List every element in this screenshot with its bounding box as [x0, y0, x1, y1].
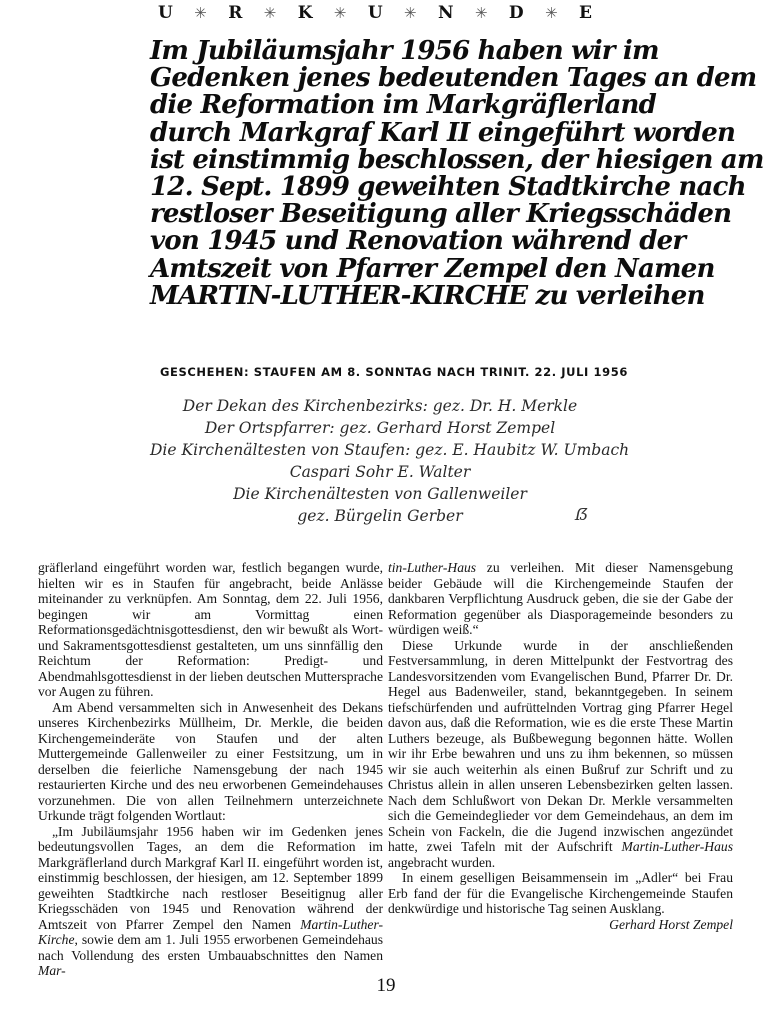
certificate-date-line: GESCHEHEN: STAUFEN AM 8. SONNTAG NACH TR… — [160, 365, 600, 379]
paragraph-quote: „Im Jubiläumsjahr 1956 haben wir im Gede… — [38, 824, 383, 979]
signature-line: Die Kirchenältesten von Staufen: gez. E.… — [150, 439, 610, 461]
paragraph-text: , sowie dem am 1. Juli 1955 erworbenen G… — [38, 932, 383, 963]
certificate-line: Gedenken jenes bedeutenden Tages an dem — [150, 65, 610, 92]
paragraph-text: Diese Urkunde wurde in der anschließende… — [388, 638, 733, 855]
heading-letter: U — [368, 3, 383, 23]
paragraph-text: angebracht wurden. — [388, 855, 495, 870]
document-heading-urkunde: U ✳ R ✳ K ✳ U ✳ N ✳ D ✳ E — [140, 0, 610, 26]
heading-letter: N — [438, 3, 454, 23]
paragraph: tin-Luther-Haus zu verleihen. Mit dieser… — [388, 560, 733, 638]
signature-line: Der Ortspfarrer: gez. Gerhard Horst Zemp… — [150, 417, 610, 439]
author-byline: Gerhard Horst Zempel — [388, 917, 733, 933]
heading-letter: K — [298, 3, 313, 23]
certificate-line: Amtszeit von Pfarrer Zempel den Namen — [150, 256, 610, 283]
asterisk-separator-icon: ✳ — [334, 4, 347, 22]
emphasis-house-name-start: Mar- — [38, 963, 66, 978]
signature-line: Die Kirchenältesten von Gallenweiler — [150, 483, 610, 505]
artist-monogram-icon: ẞ — [575, 505, 588, 524]
asterisk-separator-icon: ✳ — [404, 4, 417, 22]
heading-letter: E — [579, 3, 592, 23]
certificate-line: ist einstimmig beschlossen, der hiesigen… — [150, 147, 610, 174]
paragraph-text: „Im Jubiläumsjahr 1956 haben wir im Gede… — [38, 824, 383, 932]
heading-letter: R — [228, 3, 242, 23]
asterisk-separator-icon: ✳ — [545, 4, 558, 22]
certificate-signatures: Der Dekan des Kirchenbezirks: gez. Dr. H… — [150, 395, 610, 527]
paragraph: In einem geselligen Beisammensein im „Ad… — [388, 870, 733, 917]
signature-line: Caspari Sohr E. Walter — [150, 461, 610, 483]
page-number: 19 — [366, 975, 406, 997]
paragraph: gräflerland eingeführt worden war, festl… — [38, 560, 383, 700]
certificate-line: MARTIN-LUTHER-KIRCHE zu verleihen — [150, 283, 610, 310]
certificate-line: 12. Sept. 1899 geweihten Stadtkirche nac… — [150, 174, 610, 201]
signature-line: gez. Bürgelin Gerber — [150, 505, 610, 527]
asterisk-separator-icon: ✳ — [475, 4, 488, 22]
article-left-column: gräflerland eingeführt worden war, festl… — [38, 560, 383, 979]
certificate-line: restloser Beseitigung aller Kriegsschäde… — [150, 201, 610, 228]
paragraph: Diese Urkunde wurde in der anschließende… — [388, 638, 733, 871]
asterisk-separator-icon: ✳ — [194, 4, 207, 22]
asterisk-separator-icon: ✳ — [264, 4, 277, 22]
emphasis-house-name: Martin-Luther-Haus — [622, 839, 734, 854]
emphasis-house-name-end: tin-Luther-Haus — [388, 560, 476, 575]
certificate-line: Im Jubiläumsjahr 1956 haben wir im — [150, 38, 610, 65]
certificate-line: von 1945 und Renovation während der — [150, 228, 610, 255]
paragraph: Am Abend versammelten sich in Anwesenhei… — [38, 700, 383, 824]
heading-letter: U — [158, 3, 173, 23]
article-right-column: tin-Luther-Haus zu verleihen. Mit dieser… — [388, 560, 733, 932]
heading-letter: D — [509, 3, 524, 23]
signature-line: Der Dekan des Kirchenbezirks: gez. Dr. H… — [150, 395, 610, 417]
certificate-calligraphy-text: Im Jubiläumsjahr 1956 haben wir im Geden… — [150, 38, 610, 310]
certificate-line: durch Markgraf Karl II eingeführt worden — [150, 120, 610, 147]
certificate-line: die Reformation im Markgräflerland — [150, 92, 610, 119]
